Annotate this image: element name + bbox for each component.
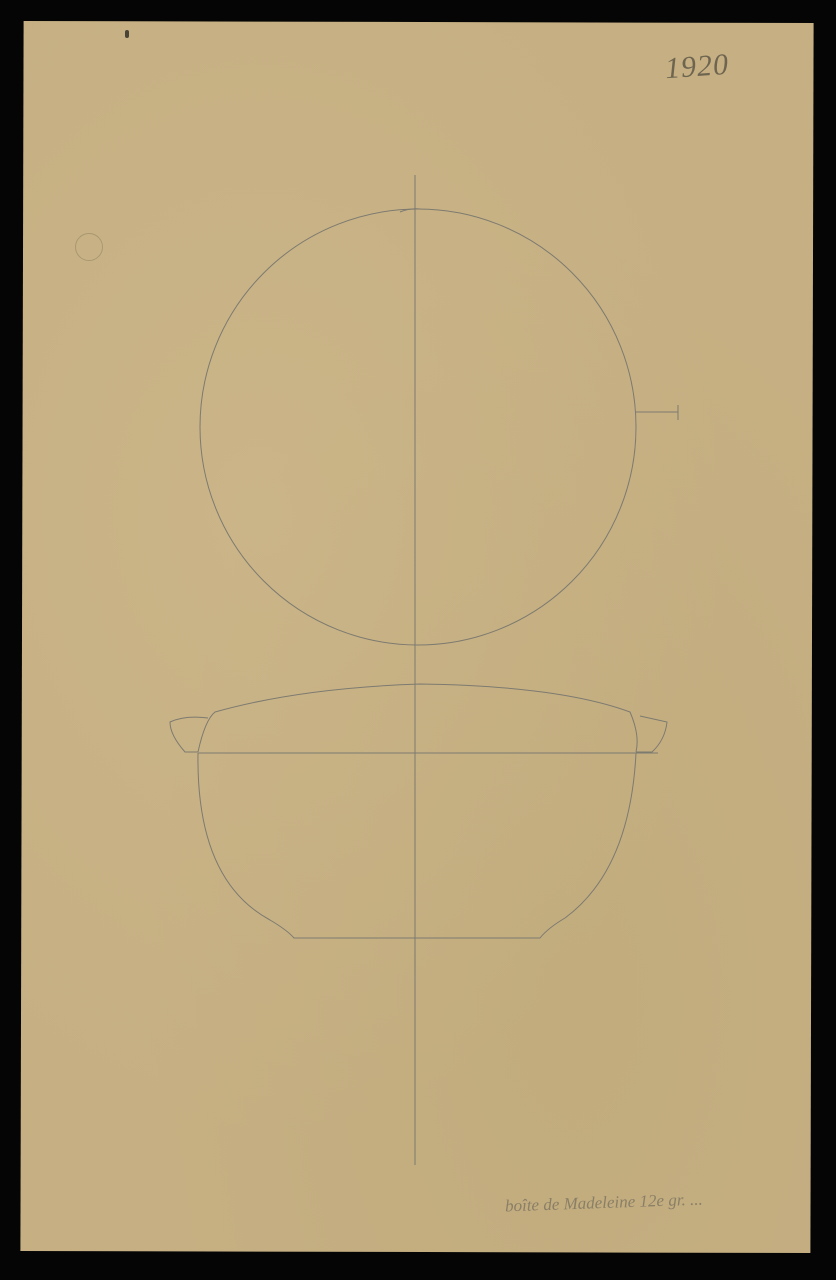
right-handle xyxy=(636,716,667,752)
lid-profile xyxy=(198,684,637,752)
plan-circle xyxy=(200,209,636,645)
technical-drawing xyxy=(0,0,836,1280)
year-annotation: 1920 xyxy=(664,48,730,86)
bowl-profile xyxy=(198,753,636,938)
dimension-tick xyxy=(636,405,678,420)
